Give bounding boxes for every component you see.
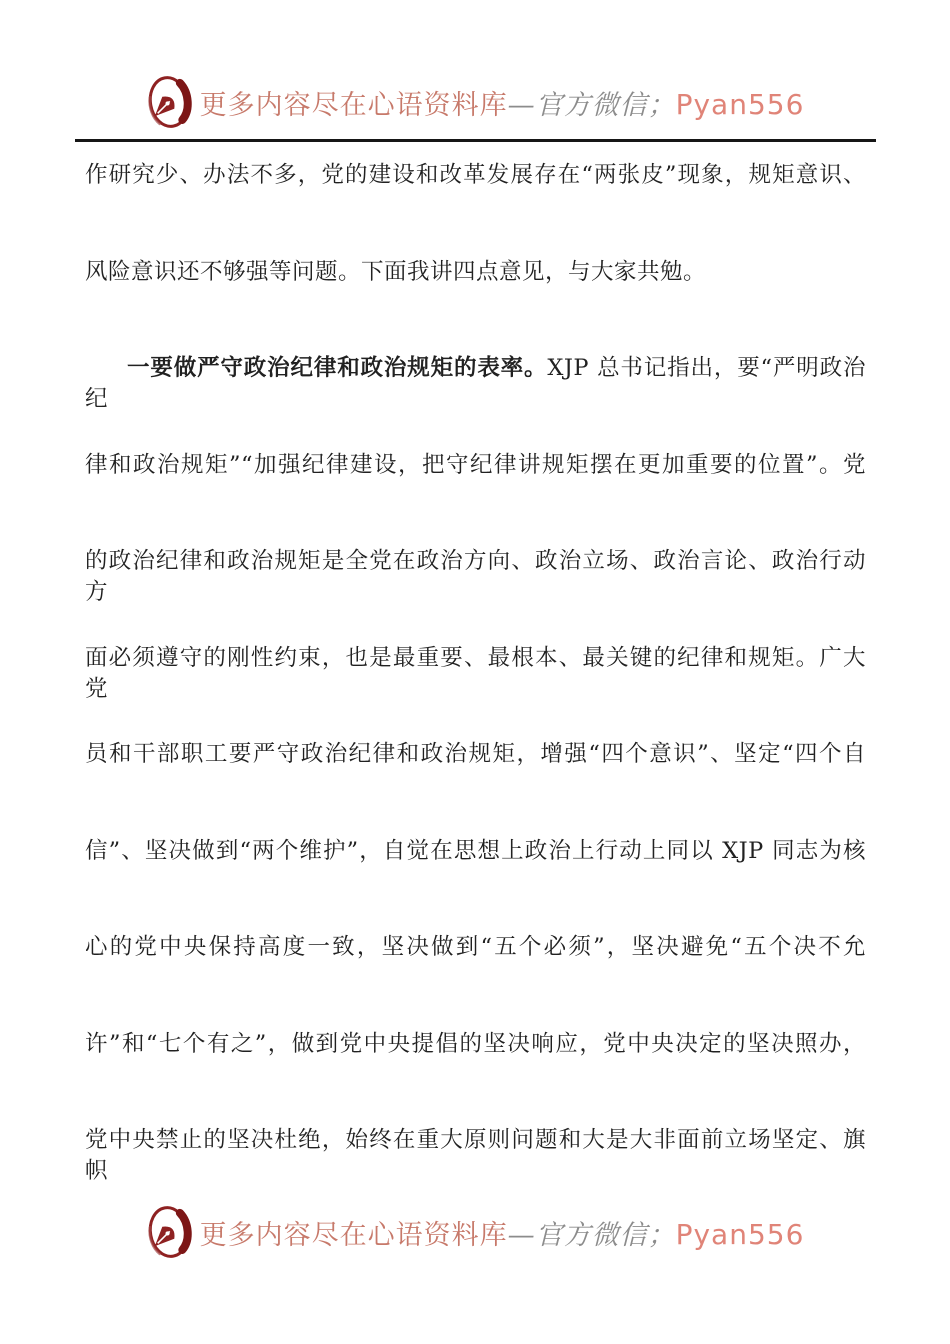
body-text: 信”、坚决做到“两个维护”，自觉在思想上政治上行动上同以 XJP 同志为核: [85, 838, 866, 864]
library-name-text: 更多内容尽在心语资料库: [200, 90, 508, 121]
text-line: 员和干部职工要严守政治纪律和政治规矩，增强“四个意识”、坚定“四个自: [85, 739, 866, 836]
body-text: 许”和“七个有之”，做到党中央提倡的坚决响应，党中央决定的坚决照办，: [85, 1031, 866, 1057]
body-text: 党中央禁止的坚决杜绝，始终在重大原则问题和大是大非面前立场坚定、旗帜: [85, 1127, 866, 1184]
body-text: 的政治纪律和政治规矩是全党在政治方向、政治立场、政治言论、政治行动方: [85, 548, 866, 605]
text-line: 一要做严守政治纪律和政治规矩的表率。XJP 总书记指出，要“严明政治纪: [85, 353, 866, 450]
official-wechat-label: —官方微信；: [508, 1220, 676, 1251]
header-watermark: 更多内容尽在心语资料库—官方微信；Pyan556: [0, 70, 950, 134]
document-body: 作研究少、办法不多，党的建设和改革发展存在“两张皮”现象，规矩意识、风险意识还不…: [85, 160, 866, 1222]
wechat-account-text: Pyan556: [676, 88, 805, 121]
text-line: 作研究少、办法不多，党的建设和改革发展存在“两张皮”现象，规矩意识、: [85, 160, 866, 257]
header-watermark-text: 更多内容尽在心语资料库—官方微信；Pyan556: [200, 83, 805, 122]
body-text: 心的党中央保持高度一致，坚决做到“五个必须”，坚决避免“五个决不允: [85, 934, 866, 960]
footer-watermark-text: 更多内容尽在心语资料库—官方微信；Pyan556: [200, 1213, 805, 1252]
body-text: 员和干部职工要严守政治纪律和政治规矩，增强“四个意识”、坚定“四个自: [85, 741, 866, 767]
text-line: 面必须遵守的刚性约束，也是最重要、最根本、最关键的纪律和规矩。广大党: [85, 643, 866, 740]
text-line: 许”和“七个有之”，做到党中央提倡的坚决响应，党中央决定的坚决照办，: [85, 1029, 866, 1126]
text-line: 信”、坚决做到“两个维护”，自觉在思想上政治上行动上同以 XJP 同志为核: [85, 836, 866, 933]
wechat-account-text: Pyan556: [676, 1218, 805, 1251]
library-logo-icon: [146, 73, 192, 131]
section-heading-text: 一要做严守政治纪律和政治规矩的表率。: [127, 355, 547, 381]
body-text: 律和政治规矩”“加强纪律建设，把守纪律讲规矩摆在更加重要的位置”。党: [85, 452, 866, 478]
text-line: 心的党中央保持高度一致，坚决做到“五个必须”，坚决避免“五个决不允: [85, 932, 866, 1029]
library-name-text: 更多内容尽在心语资料库: [200, 1220, 508, 1251]
official-wechat-label: —官方微信；: [508, 90, 676, 121]
library-logo-icon: [146, 1203, 192, 1261]
header-divider-line: [75, 139, 876, 142]
body-text: 面必须遵守的刚性约束，也是最重要、最根本、最关键的纪律和规矩。广大党: [85, 645, 866, 702]
text-line: 律和政治规矩”“加强纪律建设，把守纪律讲规矩摆在更加重要的位置”。党: [85, 450, 866, 547]
text-line: 的政治纪律和政治规矩是全党在政治方向、政治立场、政治言论、政治行动方: [85, 546, 866, 643]
footer-watermark: 更多内容尽在心语资料库—官方微信；Pyan556: [0, 1202, 950, 1262]
text-line: 风险意识还不够强等问题。下面我讲四点意见，与大家共勉。: [85, 257, 866, 354]
body-text: 作研究少、办法不多，党的建设和改革发展存在“两张皮”现象，规矩意识、: [85, 162, 866, 188]
body-text: 风险意识还不够强等问题。下面我讲四点意见，与大家共勉。: [85, 259, 706, 285]
